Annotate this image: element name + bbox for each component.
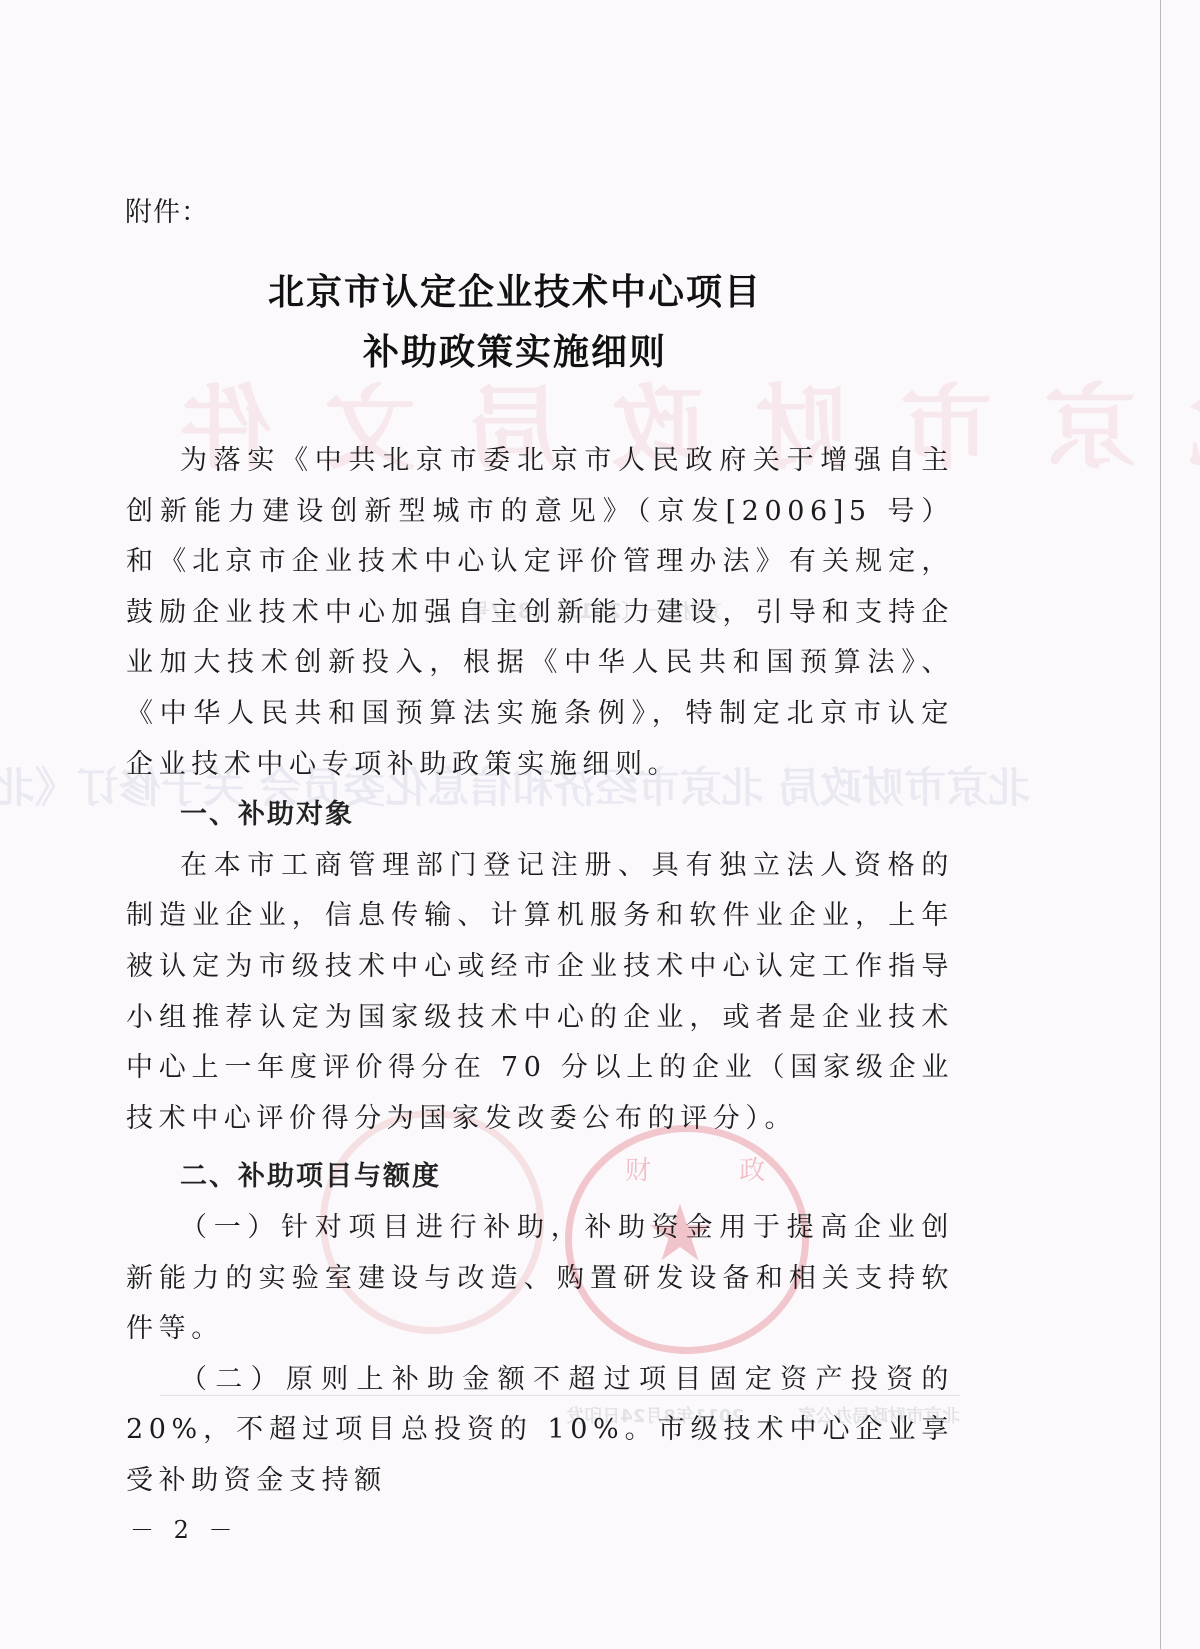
section-heading-subsidy-items: 二、补助项目与额度: [126, 1152, 954, 1203]
scan-page-edge: [1160, 0, 1161, 1649]
section-1-paragraph-1: 在本市工商管理部门登记注册、具有独立法人资格的制造业企业，信息传输、计算机服务和…: [126, 841, 954, 1145]
section-2-paragraph-1: （一）针对项目进行补助，补助资金用于提高企业创新能力的实验室建设与改造、购置研发…: [126, 1203, 954, 1355]
document-body: 为落实《中共北京市委北京市人民政府关于增强自主创新能力建设创新型城市的意见》（京…: [126, 436, 954, 1506]
document-title-line-1: 北京市认定企业技术中心项目: [0, 264, 1115, 315]
document-title-line-2: 补助政策实施细则: [0, 324, 1115, 375]
section-2-paragraph-2: （二）原则上补助金额不超过项目固定资产投资的 20%，不超过项目总投资的 10%…: [126, 1355, 954, 1507]
section-heading-subsidy-targets: 一、补助对象: [126, 790, 954, 841]
preamble-paragraph: 为落实《中共北京市委北京市人民政府关于增强自主创新能力建设创新型城市的意见》（京…: [126, 436, 954, 790]
attachment-label: 附件：: [125, 190, 209, 229]
page-number: － 2 －: [130, 1510, 239, 1545]
